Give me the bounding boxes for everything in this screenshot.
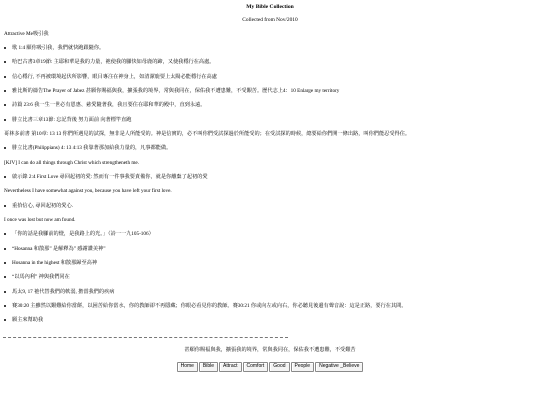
page-subtitle: Collected from Nov/2010 bbox=[0, 17, 540, 23]
list-item: 信心穩行, 不再被環境起伏所影響，眼目專注在神身上，如清潔鹿要上太陽必能穩行在高… bbox=[4, 74, 217, 80]
nav-button-home[interactable]: Home bbox=[177, 362, 198, 372]
line-text: 詩篇 23:6 我一生一世必有恩惠、慈愛隨著我，我且要住在耶和華的殿中，直到永遠… bbox=[12, 102, 205, 108]
line-text: I once was lost but now am found. bbox=[4, 217, 75, 223]
line-text: 腓立比書三章13節: 忘記背後 努力面前 向著標竿直跑 bbox=[12, 117, 131, 123]
nav-button-attract[interactable]: Attract bbox=[219, 362, 241, 372]
line-text: [KJV] I can do all things through Christ… bbox=[4, 160, 139, 166]
line-text: 馬太9, 17 祂代替我們的軟弱, 擔當我們的疾病 bbox=[12, 289, 114, 295]
line-text: “Hosanna 和散那” 是解釋為” 感謝讚美神” bbox=[12, 246, 106, 252]
nav-bar: Home Bible Attract Comfort Good People N… bbox=[0, 362, 540, 372]
line-text: 「你的話是我腳前的燈，是我路上的光。」（詩一一九105-106） bbox=[12, 231, 154, 237]
list-item: “Hosanna 和散那” 是解釋為” 感謝讚美神” bbox=[4, 246, 106, 252]
list-item: 腓立比書三章13節: 忘記背後 努力面前 向著標竿直跑 bbox=[4, 117, 131, 123]
bullet-icon bbox=[4, 76, 6, 78]
bullet-icon bbox=[4, 47, 6, 49]
bullet-icon bbox=[4, 248, 6, 250]
text-line: Nevertheless I have somewhat against you… bbox=[4, 188, 172, 194]
nav-button-negative-believe[interactable]: Negative _Believe bbox=[315, 362, 363, 372]
text-line: I once was lost but now am found. bbox=[4, 217, 75, 223]
bullet-icon bbox=[4, 233, 6, 235]
list-item: “以馬內利” 神與我們同在 bbox=[4, 274, 70, 280]
line-text: 哈巴古書3章19節: 主耶和華是我的力量，祂使我的腳快如母鹿的蹄，又使我穩行在高… bbox=[12, 59, 214, 65]
line-text: Nevertheless I have somewhat against you… bbox=[4, 188, 172, 194]
page: My Bible Collection Collected from Nov/2… bbox=[0, 0, 540, 405]
page-title: My Bible Collection bbox=[0, 4, 540, 11]
list-item: 雅比斯的禱告The Prayer of Jabez 甚願你賜福與我，擴張我的境界… bbox=[4, 88, 339, 94]
line-text: 哥林多前書 第10章: 13 13 你們所遇見的試探，無非是人所能受的。神是信實… bbox=[4, 131, 410, 137]
bullet-icon bbox=[4, 262, 6, 264]
list-item: 哈巴古書3章19節: 主耶和華是我的力量，祂使我的腳快如母鹿的蹄，又使我穩行在高… bbox=[4, 59, 214, 65]
list-item: 詩篇 23:6 我一生一世必有恩惠、慈愛隨著我，我且要住在耶和華的殿中，直到永遠… bbox=[4, 102, 205, 108]
nav-button-good[interactable]: Good bbox=[269, 362, 289, 372]
divider bbox=[3, 337, 288, 338]
bullet-icon bbox=[4, 61, 6, 63]
line-text: Hosanna in the highest 和散那歸至高神 bbox=[12, 260, 97, 266]
list-item: 啟示錄 2:4 First Love 尋回起初的愛: 然而有一件事我要責備你，就… bbox=[4, 174, 208, 180]
bullet-icon bbox=[4, 104, 6, 106]
list-item: Hosanna in the highest 和散那歸至高神 bbox=[4, 260, 97, 266]
list-item: 願主來幫助我 bbox=[4, 317, 43, 323]
line-text: 願主來幫助我 bbox=[12, 317, 43, 323]
list-item: 歌 1:4 願你吸引我，我們就快跑跟隨你。 bbox=[4, 45, 104, 51]
nav-button-bible[interactable]: Bible bbox=[199, 362, 218, 372]
line-text: Attractive Me吸引我 bbox=[4, 31, 49, 37]
text-line: 哥林多前書 第10章: 13 13 你們所遇見的試探，無非是人所能受的。神是信實… bbox=[4, 131, 410, 137]
footer-verse: 甚願你賜福與我，擴張我的境界，常與我同在，保佑我不遭患難，不受艱苦 bbox=[0, 347, 540, 353]
line-text: 雅比斯的禱告The Prayer of Jabez 甚願你賜福與我，擴張我的境界… bbox=[12, 88, 339, 94]
line-text: 歌 1:4 願你吸引我，我們就快跑跟隨你。 bbox=[12, 45, 104, 51]
list-item: 腓立比書(Philippians) 4: 13 4:13 我靠著那加給我力量的，… bbox=[4, 145, 171, 151]
text-line: Attractive Me吸引我 bbox=[4, 31, 49, 37]
bullet-icon bbox=[4, 90, 6, 92]
nav-button-people[interactable]: People bbox=[291, 362, 315, 372]
line-text: “以馬內利” 神與我們同在 bbox=[12, 274, 70, 280]
list-item: 重拾信心, 尋回起初的愛心. bbox=[4, 203, 73, 209]
line-text: 腓立比書(Philippians) 4: 13 4:13 我靠著那加給我力量的，… bbox=[12, 145, 171, 151]
bullet-icon bbox=[4, 276, 6, 278]
line-text: 重拾信心, 尋回起初的愛心. bbox=[12, 203, 73, 209]
list-item: 馬太9, 17 祂代替我們的軟弱, 擔當我們的疾病 bbox=[4, 289, 114, 295]
bullet-icon bbox=[4, 119, 6, 121]
bullet-icon bbox=[4, 319, 6, 321]
list-item: 賽30:20 主雖然以艱難給你當餅，以困苦給你當水，你的教師卻不再隱藏；你眼必看… bbox=[4, 303, 407, 309]
bullet-icon bbox=[4, 147, 6, 149]
list-item: 「你的話是我腳前的燈，是我路上的光。」（詩一一九105-106） bbox=[4, 231, 154, 237]
line-text: 賽30:20 主雖然以艱難給你當餅，以困苦給你當水，你的教師卻不再隱藏；你眼必看… bbox=[12, 303, 407, 309]
line-text: 信心穩行, 不再被環境起伏所影響，眼目專注在神身上，如清潔鹿要上太陽必能穩行在高… bbox=[12, 74, 217, 80]
line-text: 啟示錄 2:4 First Love 尋回起初的愛: 然而有一件事我要責備你，就… bbox=[12, 174, 208, 180]
bullet-icon bbox=[4, 205, 6, 207]
bullet-icon bbox=[4, 305, 6, 307]
bullet-icon bbox=[4, 176, 6, 178]
bullet-icon bbox=[4, 291, 6, 293]
nav-button-comfort[interactable]: Comfort bbox=[243, 362, 269, 372]
text-line: [KJV] I can do all things through Christ… bbox=[4, 160, 139, 166]
